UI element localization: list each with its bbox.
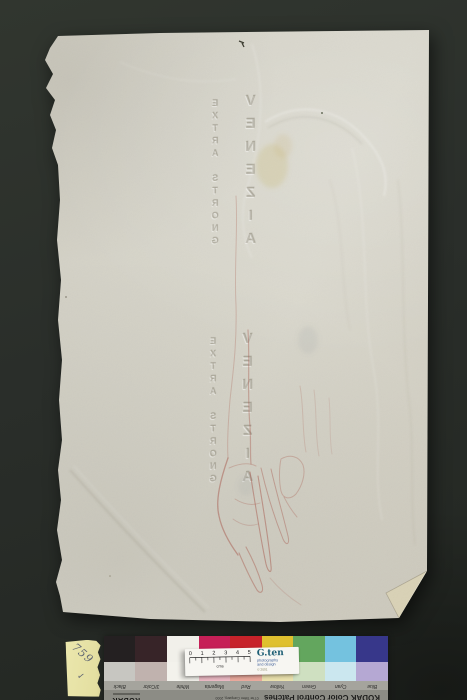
- photograph-scene: VENEZIA EXTRA STRONG VENEZIA EXTRA STRON…: [0, 0, 467, 700]
- patch-label-Green: Green: [293, 681, 325, 690]
- patch-pale-3/Color: [136, 662, 168, 681]
- patch-pale-Blue: [356, 662, 388, 681]
- patch-label-Red: Red: [230, 681, 262, 690]
- inventory-sticky-note: 759 ✓: [66, 640, 102, 698]
- gten-copyright: © 2001: [257, 667, 297, 672]
- patch-pale-Cyan: [325, 662, 357, 681]
- patch-label-3/Color: 3/Color: [136, 681, 168, 690]
- patch-label-Yellow: Yellow: [262, 681, 294, 690]
- inventory-number: 759: [69, 641, 96, 667]
- cm-ruler: 012345 cms: [185, 648, 255, 676]
- patch-label-Cyan: Cyan: [325, 681, 357, 690]
- ruler-unit-label: cms: [189, 664, 251, 669]
- patch-label-White: White: [167, 681, 199, 690]
- kodak-brand-smallprint: [113, 693, 140, 695]
- kodak-brand-block: KODAK: [112, 693, 140, 700]
- strip-title: KODAK Color Control Patches: [264, 694, 380, 700]
- paper-sheet-wrap: VENEZIA EXTRA STRONG VENEZIA EXTRA STRON…: [0, 0, 467, 700]
- paper-sheet-verso: VENEZIA EXTRA STRONG VENEZIA EXTRA STRON…: [0, 0, 467, 700]
- patch-label-Black: Black: [104, 681, 136, 690]
- patch-label-Magenta: Magenta: [199, 681, 231, 690]
- patch-pale-Black: [104, 662, 136, 681]
- checkmark: ✓: [76, 670, 86, 682]
- paper-grain-texture: [42, 26, 434, 626]
- gten-logo-block: G.ten photography and design © 2001: [254, 647, 300, 675]
- patch-strong-Cyan: [325, 636, 357, 662]
- patch-strong-Black: [104, 636, 136, 662]
- paper-surface-overlay: [0, 0, 467, 700]
- kodak-brand: KODAK: [112, 696, 140, 700]
- patch-strong-3/Color: [136, 636, 168, 662]
- strip-copyright: ©The Tiffen Company, 2000: [215, 696, 259, 700]
- patch-label-Blue: Blue: [356, 681, 388, 690]
- patch-labels-row: BlueCyanGreenYellowRedMagentaWhite3/Colo…: [104, 681, 388, 690]
- patch-strong-Blue: [356, 636, 388, 662]
- strip-title-bar: KODAK Color Control Patches ©The Tiffen …: [104, 690, 388, 700]
- gten-tagline-2: and design: [257, 662, 297, 667]
- ruler-sticker: 012345 cms G.ten photography and design …: [185, 647, 300, 676]
